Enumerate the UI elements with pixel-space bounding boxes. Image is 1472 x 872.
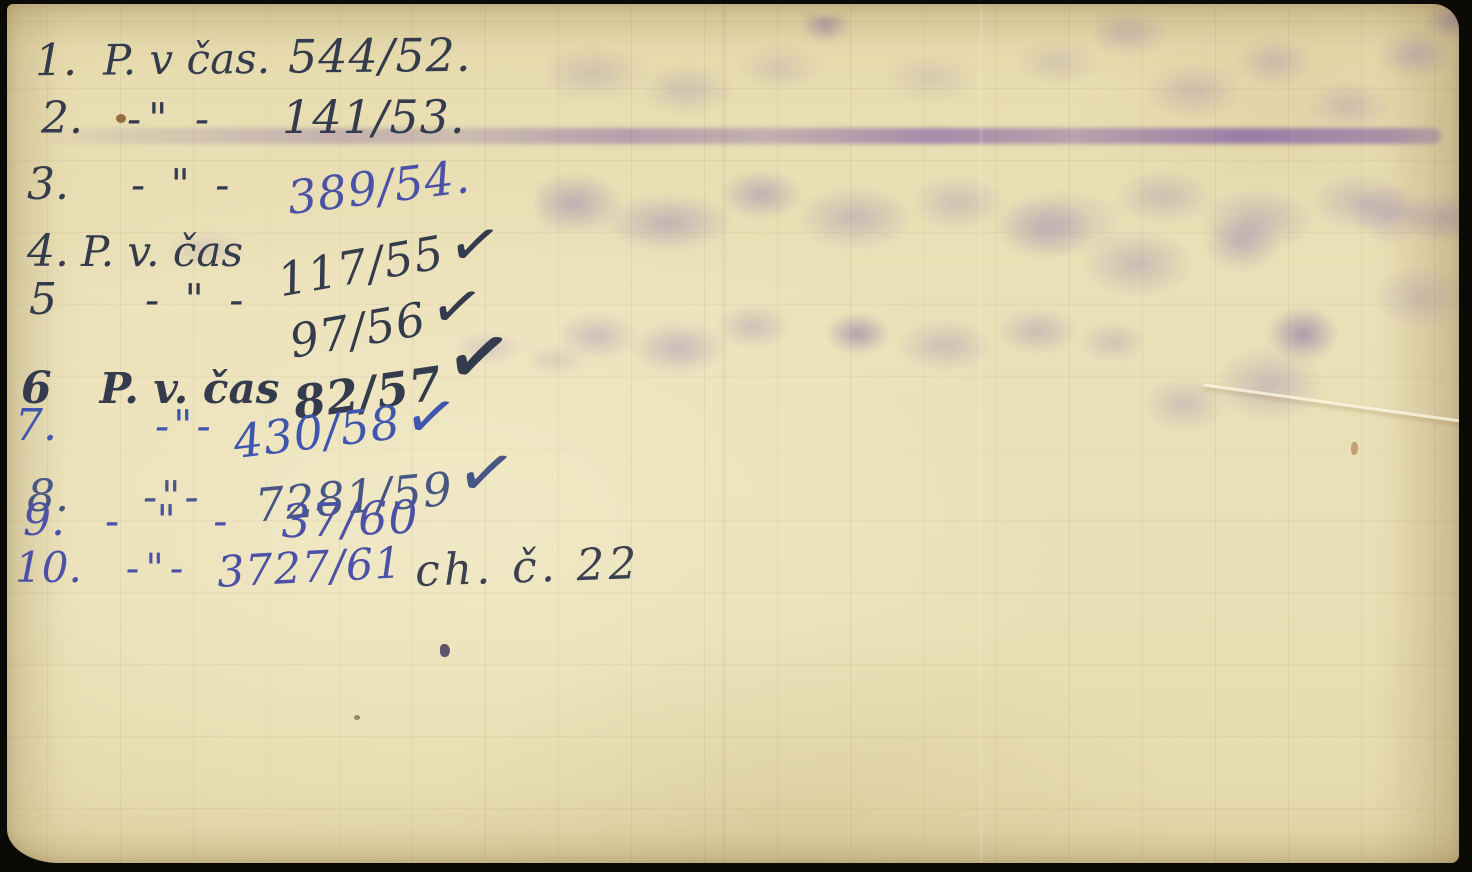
entry-row: 9.- " -37/60 bbox=[23, 492, 419, 546]
entry-number: 2. bbox=[41, 93, 83, 144]
dust-speck bbox=[354, 715, 360, 720]
entry-value: 544/52. bbox=[288, 28, 472, 84]
ink-speck bbox=[440, 644, 450, 657]
entry-ditto-mark: -"- bbox=[155, 401, 215, 450]
entry-row: 3.- " -389/54. bbox=[27, 156, 471, 210]
entry-number: 1. bbox=[35, 35, 78, 86]
entry-row: 10.-"-3727/61ch. č. 22 bbox=[15, 542, 640, 593]
entry-checkmark: ✓ bbox=[399, 376, 463, 457]
paper-crease bbox=[723, 4, 725, 863]
entry-row: 1.P. v čas.544/52. bbox=[35, 28, 472, 87]
entry-ditto-mark: - " - bbox=[105, 496, 239, 545]
entry-row: 5- " -97/56✓ bbox=[29, 256, 483, 329]
entry-row: 7.-"-430/58✓ bbox=[15, 382, 456, 455]
entry-label: P. v čas. bbox=[103, 34, 271, 85]
entry-value: 141/53. bbox=[282, 90, 465, 144]
entry-number: 5 bbox=[29, 274, 57, 325]
entry-number: 9. bbox=[23, 495, 65, 546]
entry-value: 3727/61 bbox=[216, 538, 404, 598]
entry-number: 10. bbox=[15, 543, 82, 592]
paper-crease bbox=[980, 4, 982, 863]
entry-ditto-mark: - " - bbox=[145, 275, 249, 324]
scanned-index-card: 1.P. v čas.544/52. 2.-" -141/53. 3.- " -… bbox=[7, 4, 1459, 863]
entry-ditto-mark: -"- bbox=[126, 546, 189, 592]
entry-ditto-mark: - " - bbox=[131, 160, 235, 209]
entry-row: 2.-" -141/53. bbox=[41, 90, 466, 144]
entry-number: 7. bbox=[15, 400, 57, 451]
entry-number: 3. bbox=[27, 159, 69, 210]
entry-note: ch. č. 22 bbox=[414, 538, 641, 597]
entry-ditto-mark: -" - bbox=[127, 94, 216, 143]
